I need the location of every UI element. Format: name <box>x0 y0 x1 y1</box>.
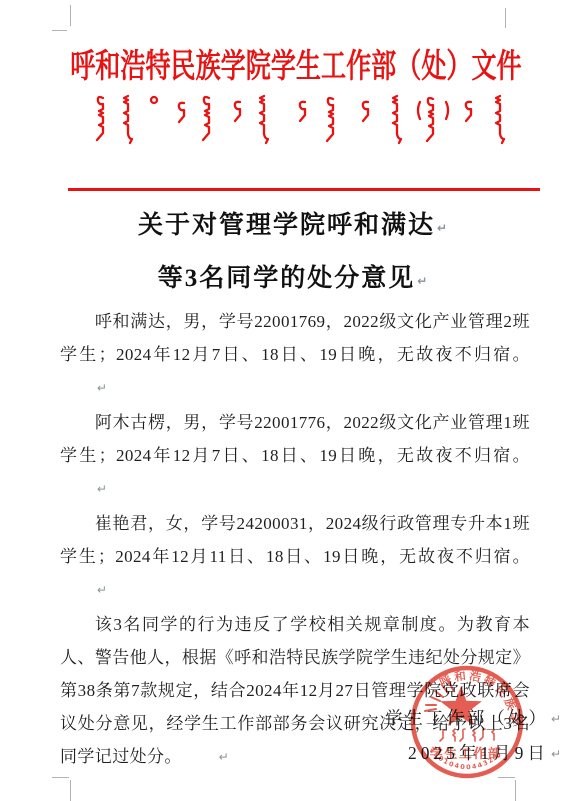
return-mark: ↵ <box>437 204 447 253</box>
return-mark: ↵ <box>62 372 107 405</box>
body-paragraph: 呼和满达，男，学号22001769，2022级文化产业管理2班学生；2024年1… <box>60 305 530 406</box>
mongolian-script-row <box>0 88 585 150</box>
document-title-line2: 等3名同学的处分意见↵ <box>0 254 585 307</box>
body-paragraph: 阿木古楞，男，学号22001776，2022级文化产业管理1班学生；2024年1… <box>60 406 530 507</box>
return-mark: ↵ <box>184 741 229 774</box>
crop-mark-bottom-left-v <box>70 780 71 801</box>
body-paragraph: 崔艳君，女，学号24200031，2024级行政管理专升本1班学生；2024年1… <box>60 507 530 608</box>
letterhead-title: 呼和浩特民族学院学生工作部（处）文件 <box>70 40 515 87</box>
return-mark: ↵ <box>551 738 561 771</box>
return-mark: ↵ <box>62 574 107 607</box>
crop-mark-top-right-v <box>505 8 506 28</box>
official-seal: 呼和浩特民族学院 学生工作部 1501040044323 <box>409 664 525 780</box>
document-title: 关于对管理学院呼和满达↵ 等3名同学的处分意见↵ <box>0 201 585 307</box>
return-mark: ↵ <box>551 703 561 736</box>
document-title-line1: 关于对管理学院呼和满达↵ <box>0 201 585 254</box>
seal-mongolian-row <box>440 729 494 741</box>
crop-mark-top-left-v <box>70 5 71 26</box>
return-mark: ↵ <box>417 257 427 306</box>
crop-mark-bottom-left-h <box>52 777 69 778</box>
red-separator-line <box>68 188 540 191</box>
document-page: 呼和浩特民族学院学生工作部（处）文件 <box>0 0 585 801</box>
crop-mark-bottom-right-v <box>515 780 516 801</box>
return-mark: ↵ <box>62 473 107 506</box>
crop-mark-top-left-h <box>52 30 67 31</box>
